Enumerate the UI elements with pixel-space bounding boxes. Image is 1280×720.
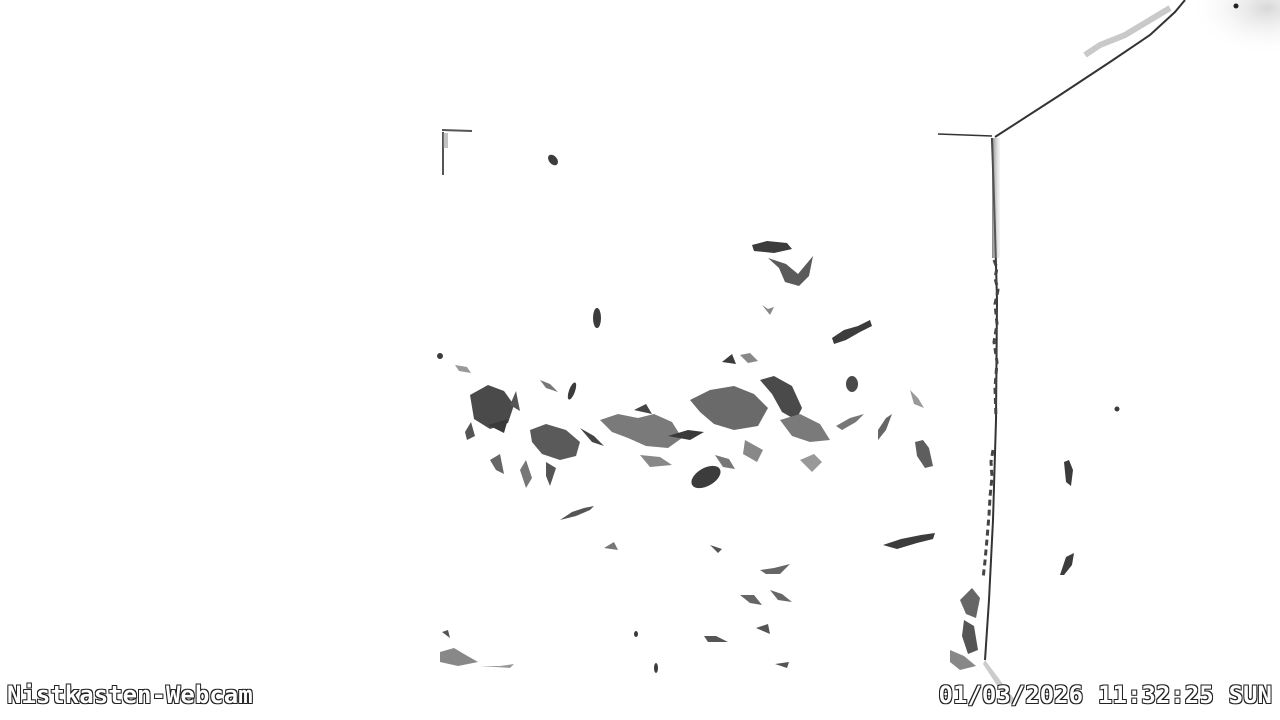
time-text: 11:32:25: [1098, 683, 1214, 707]
dark-speck: [1234, 4, 1239, 9]
webcam-frame: Nistkasten-Webcam 01/03/2026 11:32:25 SU…: [0, 0, 1280, 720]
nesting-material: [437, 153, 1120, 673]
nest-band: [455, 353, 830, 488]
timestamp-overlay: 01/03/2026 11:32:25 SUN: [939, 683, 1272, 707]
floor-clutter-left: [440, 630, 514, 668]
corner-wall-shade: [992, 138, 1000, 258]
weekday-text: SUN: [1229, 683, 1272, 707]
back-wall-top-edge: [938, 134, 992, 136]
corner-haze: [1150, 0, 1280, 80]
date-text: 01/03/2026: [939, 683, 1084, 707]
nest-box-scene: [0, 0, 1280, 720]
camera-name-overlay: Nistkasten-Webcam: [7, 683, 253, 707]
